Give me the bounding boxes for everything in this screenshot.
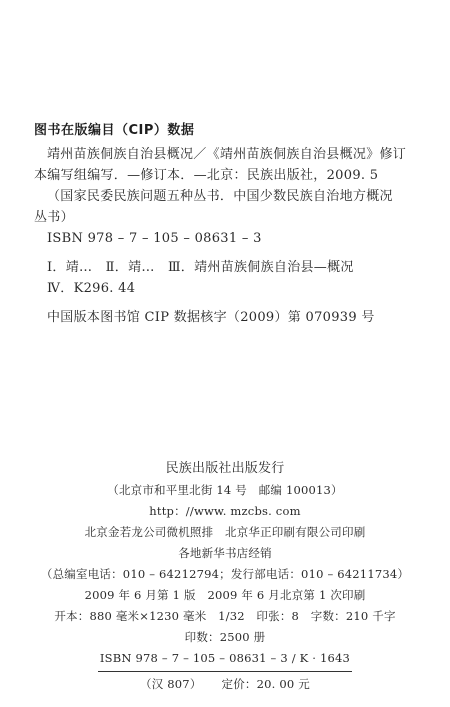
publisher: 民族出版社出版发行: [0, 458, 450, 480]
cip-entry-line: 本编写组编写．—修订本．—北京：民族出版社，2009. 5: [34, 165, 426, 186]
cip-number: 中国版本图书馆 CIP 数据核字（2009）第 070939 号: [34, 307, 426, 328]
colophon-block: 民族出版社出版发行 （北京市和平里北街 14 号 邮编 100013） http…: [0, 458, 450, 695]
edition-info: 2009 年 6 月第 1 版 2009 年 6 月北京第 1 次印刷: [0, 585, 450, 606]
cip-isbn: ISBN 978 – 7 – 105 – 08631 – 3: [34, 228, 426, 249]
cip-entry-line: 靖州苗族侗族自治县概况／《靖州苗族侗族自治县概况》修订: [34, 144, 426, 165]
cip-entry-line: 丛书）: [34, 207, 426, 228]
typeset-and-printer: 北京金若龙公司微机照排 北京华正印刷有限公司印刷: [0, 522, 450, 543]
book-specs: 开本：880 毫米×1230 毫米 1/32 印张：8 字数：210 千字: [0, 606, 450, 627]
publisher-address: （北京市和平里北街 14 号 邮编 100013）: [0, 480, 450, 501]
full-isbn: ISBN 978 – 7 – 105 – 08631 – 3 / K · 164…: [98, 648, 352, 672]
phone-numbers: （总编室电话：010 – 64212794；发行部电话：010 – 642117…: [0, 564, 450, 585]
cip-subject-line: Ⅳ．K296. 44: [34, 278, 426, 299]
cip-entry-line: （国家民委民族问题五种丛书．中国少数民族自治地方概况: [34, 186, 426, 207]
cip-data-block: 图书在版编目（CIP）数据 靖州苗族侗族自治县概况／《靖州苗族侗族自治县概况》修…: [34, 119, 426, 328]
price: 定价：20. 00 元: [222, 677, 310, 691]
price-row: （汉 807）定价：20. 00 元: [0, 674, 450, 695]
cip-title: 图书在版编目（CIP）数据: [34, 119, 426, 135]
print-run: 印数：2500 册: [0, 627, 450, 648]
copyright-page: 图书在版编目（CIP）数据 靖州苗族侗族自治县概况／《靖州苗族侗族自治县概况》修…: [0, 0, 450, 707]
distributor: 各地新华书店经销: [0, 543, 450, 564]
catalog-code: （汉 807）: [140, 677, 202, 691]
publisher-website: http：//www. mzcbs. com: [0, 501, 450, 522]
cip-subject-line: Ⅰ．靖… Ⅱ．靖… Ⅲ．靖州苗族侗族自治县—概况: [34, 257, 426, 278]
